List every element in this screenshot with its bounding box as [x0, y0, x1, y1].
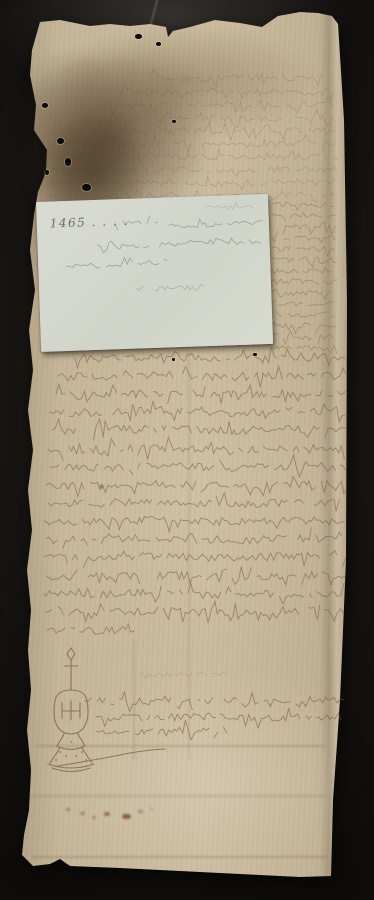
- stain-spot: [66, 808, 70, 811]
- photograph-background: 1465 . . . .: [0, 0, 374, 900]
- archival-note-slip: 1465 . . . .: [36, 194, 273, 352]
- parchment-wrap: [0, 0, 374, 900]
- script-line: [66, 256, 167, 269]
- stain-spot: [104, 812, 110, 816]
- stain-spot: [150, 808, 153, 810]
- script-line: [204, 202, 254, 210]
- script-line: [169, 217, 263, 229]
- fold-crease: [30, 795, 325, 797]
- fold-crease: [35, 745, 325, 747]
- parchment-document: [20, 10, 350, 880]
- script-line: [97, 236, 260, 253]
- stain-spot: [92, 816, 96, 819]
- note-handwriting: [36, 194, 273, 352]
- fold-crease: [188, 350, 190, 760]
- stain-spot: [100, 485, 103, 488]
- stain-spot: [138, 810, 143, 813]
- script-line: [136, 284, 204, 293]
- stain-spot: [122, 814, 131, 819]
- script-line: [115, 216, 165, 230]
- note-script: [64, 202, 265, 295]
- stain-spot: [80, 812, 85, 815]
- fold-crease: [133, 640, 135, 760]
- fold-crease: [32, 856, 327, 858]
